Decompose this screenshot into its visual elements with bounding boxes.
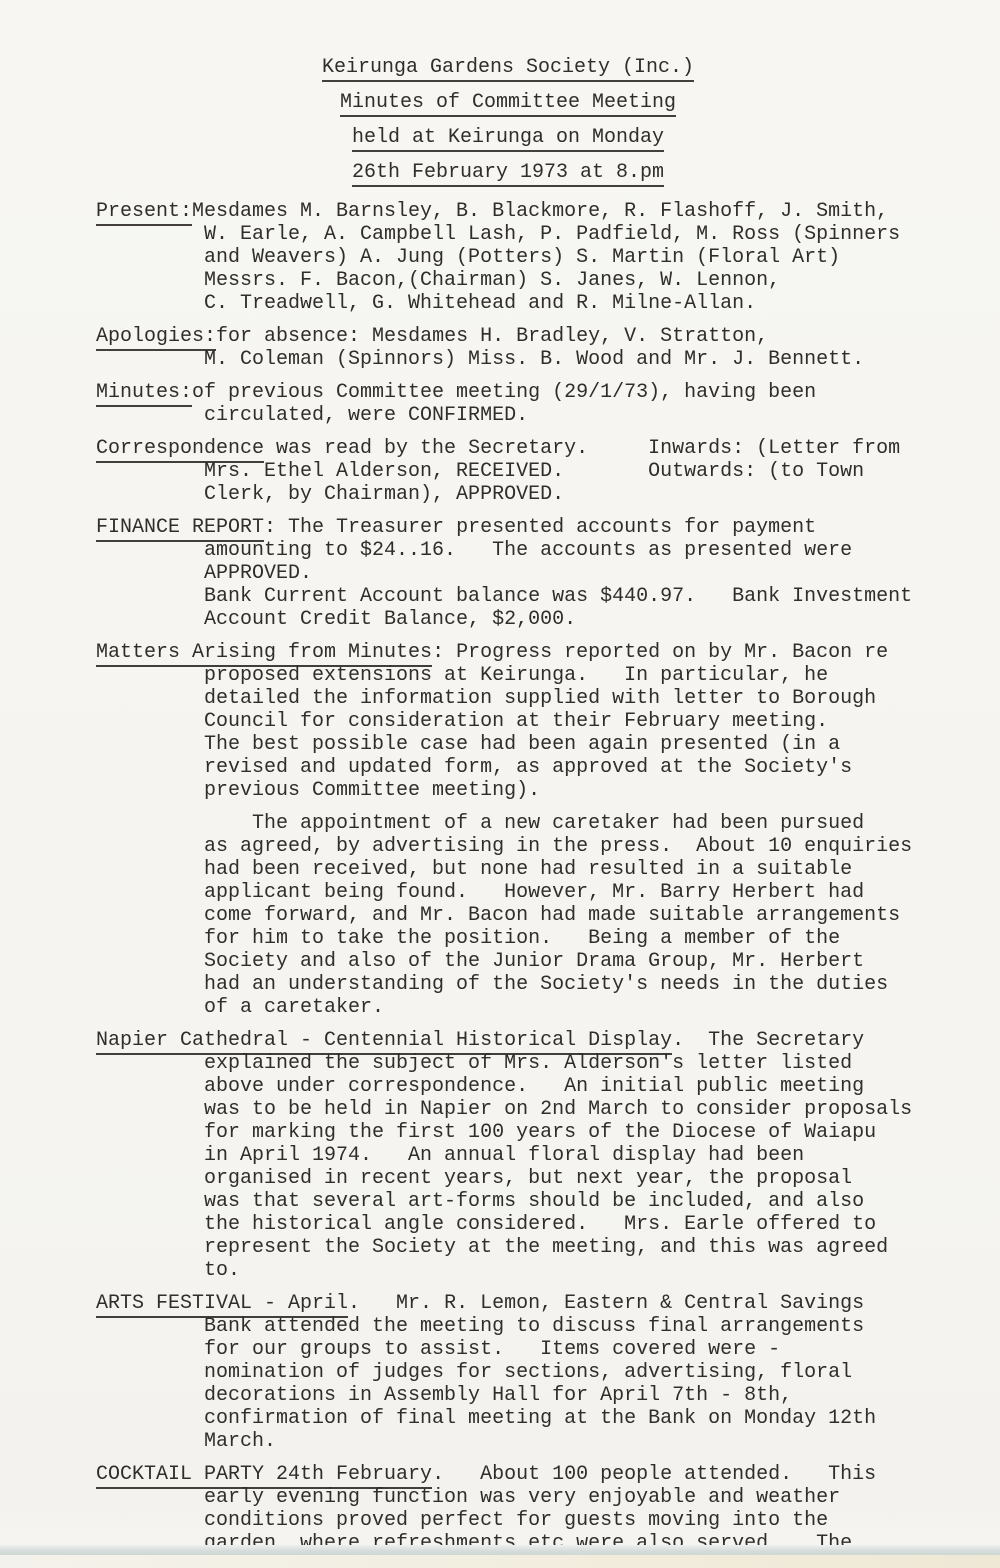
section: FINANCE REPORT: The Treasurer presented … bbox=[96, 516, 960, 631]
scanned-minutes-page: Keirunga Gardens Society (Inc.) Minutes … bbox=[0, 0, 1000, 1568]
section-first-line: The appointment of a new caretaker had b… bbox=[96, 812, 960, 835]
section-body: proposed extensions at Keirunga. In part… bbox=[96, 664, 960, 802]
section-first-line-rest: Mesdames M. Barnsley, B. Blackmore, R. F… bbox=[192, 200, 888, 223]
title-line: Minutes of Committee Meeting bbox=[96, 85, 920, 120]
section-body: circulated, were CONFIRMED. bbox=[96, 404, 960, 427]
section: Correspondence was read by the Secretary… bbox=[96, 437, 960, 506]
title-line: held at Keirunga on Monday bbox=[96, 120, 920, 155]
section-first-line: Correspondence was read by the Secretary… bbox=[96, 437, 960, 460]
section-first-line-rest: . The Secretary bbox=[672, 1029, 864, 1052]
section-body: M. Coleman (Spinnors) Miss. B. Wood and … bbox=[96, 348, 960, 371]
section-body: W. Earle, A. Campbell Lash, P. Padfield,… bbox=[96, 223, 960, 315]
paper-bottom-edge-shadow bbox=[0, 1545, 1000, 1555]
section-first-line-rest: was read by the Secretary. Inwards: (Let… bbox=[264, 437, 900, 460]
document: Keirunga Gardens Society (Inc.) Minutes … bbox=[0, 0, 1000, 1555]
title-line-text: 26th February 1973 at 8.pm bbox=[352, 161, 664, 187]
section-first-line-rest: of previous Committee meeting (29/1/73),… bbox=[192, 381, 816, 404]
section-first-line: Present:Mesdames M. Barnsley, B. Blackmo… bbox=[96, 200, 960, 223]
section: The appointment of a new caretaker had b… bbox=[96, 812, 960, 1019]
section-first-line: FINANCE REPORT: The Treasurer presented … bbox=[96, 516, 960, 539]
section-first-line-rest: . Mr. R. Lemon, Eastern & Central Saving… bbox=[348, 1292, 864, 1315]
section-first-line-rest: . About 100 people attended. This bbox=[432, 1463, 876, 1486]
title-line-text: Minutes of Committee Meeting bbox=[340, 91, 676, 117]
section: COCKTAIL PARTY 24th February. About 100 … bbox=[96, 1463, 960, 1555]
title-line-text: held at Keirunga on Monday bbox=[352, 126, 664, 152]
section-first-line-rest: : Progress reported on by Mr. Bacon re bbox=[432, 641, 888, 664]
section: Matters Arising from Minutes: Progress r… bbox=[96, 641, 960, 802]
title-line: Keirunga Gardens Society (Inc.) bbox=[96, 50, 920, 85]
section: Napier Cathedral - Centennial Historical… bbox=[96, 1029, 960, 1282]
section-first-line: COCKTAIL PARTY 24th February. About 100 … bbox=[96, 1463, 960, 1486]
section-first-line: Napier Cathedral - Centennial Historical… bbox=[96, 1029, 960, 1052]
section-first-line-rest: : The Treasurer presented accounts for p… bbox=[264, 516, 816, 539]
section-first-line-rest: for absence: Mesdames H. Bradley, V. Str… bbox=[216, 325, 768, 348]
section: Minutes:of previous Committee meeting (2… bbox=[96, 381, 960, 427]
section-first-line: ARTS FESTIVAL - April. Mr. R. Lemon, Eas… bbox=[96, 1292, 960, 1315]
section-first-line: Minutes:of previous Committee meeting (2… bbox=[96, 381, 960, 404]
section-body: amounting to $24..16. The accounts as pr… bbox=[96, 539, 960, 631]
section: Apologies:for absence: Mesdames H. Bradl… bbox=[96, 325, 960, 371]
title-line-text: Keirunga Gardens Society (Inc.) bbox=[322, 56, 694, 82]
title-line: 26th February 1973 at 8.pm bbox=[96, 155, 920, 190]
sections-container: Present:Mesdames M. Barnsley, B. Blackmo… bbox=[96, 200, 960, 1555]
section: Present:Mesdames M. Barnsley, B. Blackmo… bbox=[96, 200, 960, 315]
section-first-line: Apologies:for absence: Mesdames H. Bradl… bbox=[96, 325, 960, 348]
section-body: explained the subject of Mrs. Alderson's… bbox=[96, 1052, 960, 1282]
title-block: Keirunga Gardens Society (Inc.) Minutes … bbox=[96, 50, 920, 190]
section-body: Mrs. Ethel Alderson, RECEIVED. Outwards:… bbox=[96, 460, 960, 506]
section: ARTS FESTIVAL - April. Mr. R. Lemon, Eas… bbox=[96, 1292, 960, 1453]
section-body: Bank attended the meeting to discuss fin… bbox=[96, 1315, 960, 1453]
section-first-line-rest: The appointment of a new caretaker had b… bbox=[96, 812, 864, 835]
section-body: as agreed, by advertising in the press. … bbox=[96, 835, 960, 1019]
scan-background-strip bbox=[0, 1555, 1000, 1568]
section-first-line: Matters Arising from Minutes: Progress r… bbox=[96, 641, 960, 664]
